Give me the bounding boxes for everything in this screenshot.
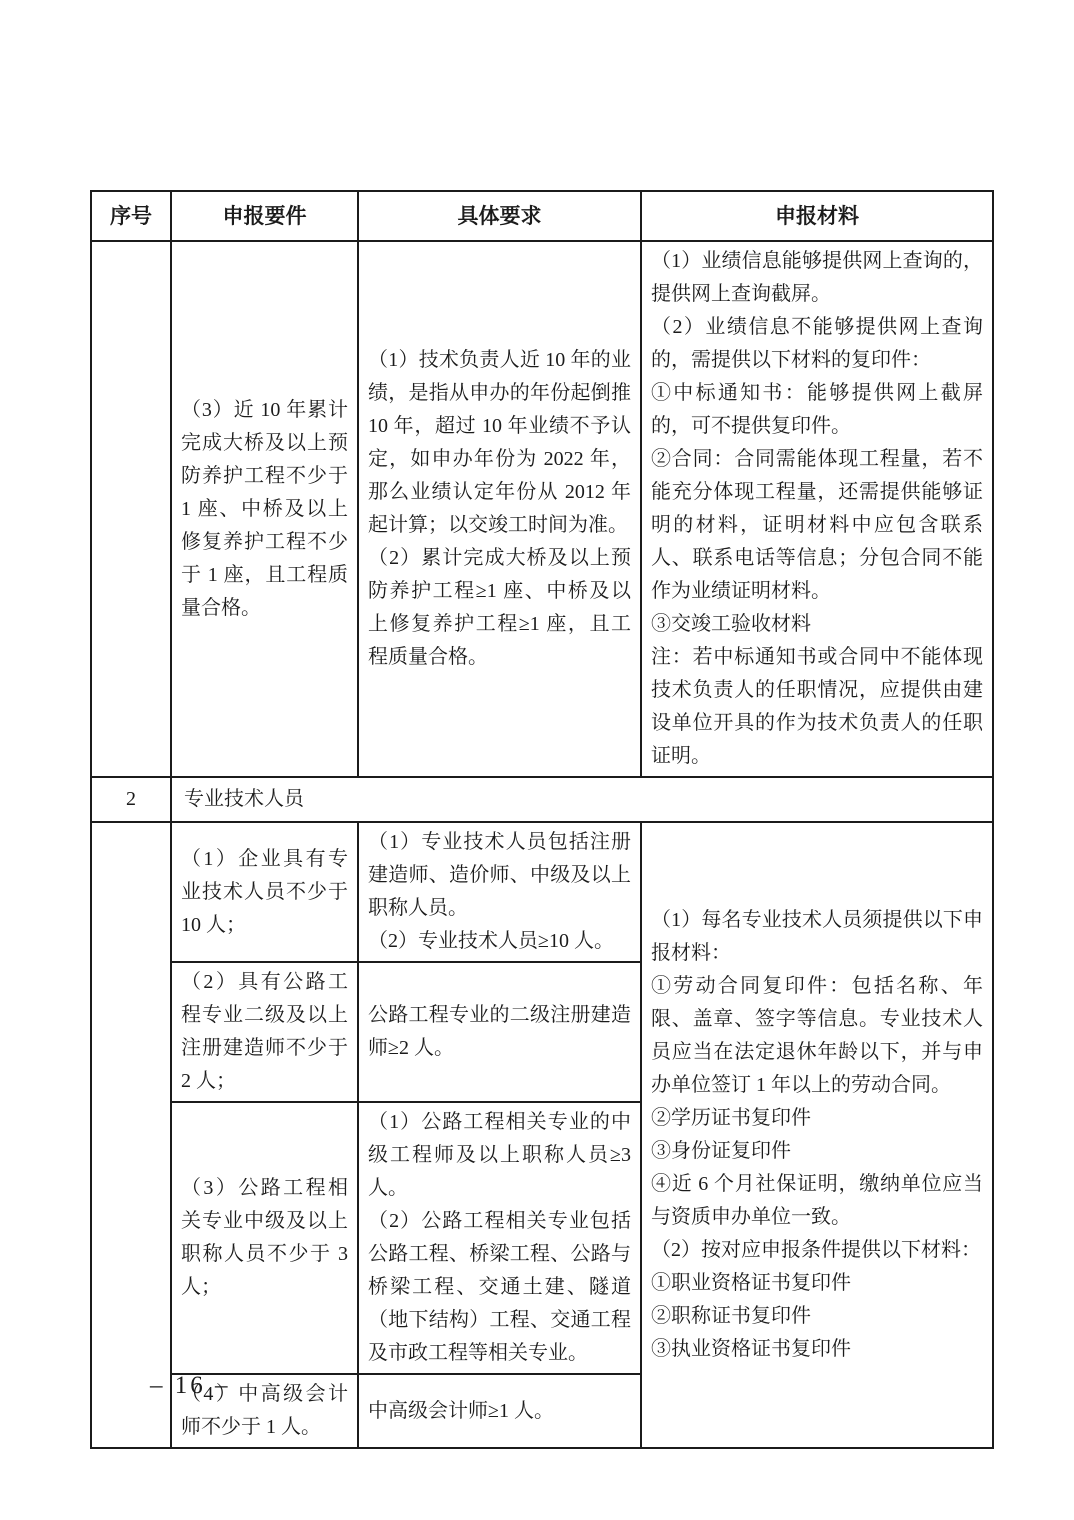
cell-specific: （1）公路工程相关专业的中级工程师及以上职称人员≥3 人。（2）公路工程相关专业… xyxy=(358,1102,641,1374)
cell-requirement: （3）公路工程相关专业中级及以上职称人员不少于 3 人； xyxy=(171,1102,358,1374)
table-header-row: 序号 申报要件 具体要求 申报材料 xyxy=(91,191,993,241)
cell-section-seq: 2 xyxy=(91,777,171,822)
cell-specific: （1）技术负责人近 10 年的业绩，是指从申办的年份起倒推 10 年，超过 10… xyxy=(358,241,641,777)
paragraph: ②合同：合同需能体现工程量，若不能充分体现工程量，还需提供能够证明的材料，证明材… xyxy=(651,443,983,608)
paragraph: （1）业绩信息能够提供网上查询的，提供网上查询截屏。 xyxy=(651,245,983,311)
paragraph: （2）具有公路工程专业二级及以上注册建造师不少于 2 人； xyxy=(181,966,348,1098)
cell-seq-empty xyxy=(91,241,171,777)
paragraph: ②学历证书复印件 xyxy=(651,1102,983,1135)
paragraph: 公路工程专业的二级注册建造师≥2 人。 xyxy=(368,999,631,1065)
paragraph: （2）公路工程相关专业包括公路工程、桥梁工程、公路与桥梁工程、交通土建、隧道（地… xyxy=(368,1205,631,1370)
paragraph: （3）公路工程相关专业中级及以上职称人员不少于 3 人； xyxy=(181,1172,348,1304)
paragraph: ④近 6 个月社保证明，缴纳单位应当与资质申办单位一致。 xyxy=(651,1168,983,1234)
cell-requirement: （1）企业具有专业技术人员不少于 10 人； xyxy=(171,822,358,962)
page-number: – 16 – xyxy=(150,1372,231,1400)
paragraph: ③执业资格证书复印件 xyxy=(651,1333,983,1366)
paragraph: （2）专业技术人员≥10 人。 xyxy=(368,925,631,958)
cell-section-title: 专业技术人员 xyxy=(171,777,993,822)
paragraph: （2）按对应申报条件提供以下材料： xyxy=(651,1234,983,1267)
cell-specific: （1）专业技术人员包括注册建造师、造价师、中级及以上职称人员。（2）专业技术人员… xyxy=(358,822,641,962)
table-row-sub1: （1）企业具有专业技术人员不少于 10 人； （1）专业技术人员包括注册建造师、… xyxy=(91,822,993,962)
table-row-upper: （3）近 10 年累计完成大桥及以上预防养护工程不少于 1 座、中桥及以上修复养… xyxy=(91,241,993,777)
cell-requirement: （2）具有公路工程专业二级及以上注册建造师不少于 2 人； xyxy=(171,962,358,1102)
paragraph: （2）累计完成大桥及以上预防养护工程≥1 座、中桥及以上修复养护工程≥1 座，且… xyxy=(368,542,631,674)
table-row-section: 2 专业技术人员 xyxy=(91,777,993,822)
paragraph: （1）技术负责人近 10 年的业绩，是指从申办的年份起倒推 10 年，超过 10… xyxy=(368,344,631,542)
cell-seq-empty xyxy=(91,822,171,1448)
document-page: 序号 申报要件 具体要求 申报材料 （3）近 10 年累计完成大桥及以上预防养护… xyxy=(0,0,1074,1520)
cell-specific: 中高级会计师≥1 人。 xyxy=(358,1374,641,1448)
paragraph: （1）公路工程相关专业的中级工程师及以上职称人员≥3 人。 xyxy=(368,1106,631,1205)
paragraph: ②职称证书复印件 xyxy=(651,1300,983,1333)
paragraph: ①职业资格证书复印件 xyxy=(651,1267,983,1300)
requirements-table: 序号 申报要件 具体要求 申报材料 （3）近 10 年累计完成大桥及以上预防养护… xyxy=(90,190,994,1449)
paragraph: 注：若中标通知书或合同中不能体现技术负责人的任职情况，应提供由建设单位开具的作为… xyxy=(651,641,983,773)
paragraph: ①劳动合同复印件：包括名称、年限、盖章、签字等信息。专业技术人员应当在法定退休年… xyxy=(651,970,983,1102)
paragraph: （2）业绩信息不能够提供网上查询的，需提供以下材料的复印件： xyxy=(651,311,983,377)
cell-materials: （1）业绩信息能够提供网上查询的，提供网上查询截屏。（2）业绩信息不能够提供网上… xyxy=(641,241,993,777)
header-specific: 具体要求 xyxy=(358,191,641,241)
header-materials: 申报材料 xyxy=(641,191,993,241)
header-seq: 序号 xyxy=(91,191,171,241)
cell-specific: 公路工程专业的二级注册建造师≥2 人。 xyxy=(358,962,641,1102)
paragraph: ③交竣工验收材料 xyxy=(651,608,983,641)
paragraph: ③身份证复印件 xyxy=(651,1135,983,1168)
paragraph: （1）专业技术人员包括注册建造师、造价师、中级及以上职称人员。 xyxy=(368,826,631,925)
paragraph: （1）企业具有专业技术人员不少于 10 人； xyxy=(181,843,348,942)
cell-materials-merged: （1）每名专业技术人员须提供以下申报材料：①劳动合同复印件：包括名称、年限、盖章… xyxy=(641,822,993,1448)
paragraph: （3）近 10 年累计完成大桥及以上预防养护工程不少于 1 座、中桥及以上修复养… xyxy=(181,394,348,625)
paragraph: （1）每名专业技术人员须提供以下申报材料： xyxy=(651,904,983,970)
paragraph: ①中标通知书：能够提供网上截屏的，可不提供复印件。 xyxy=(651,377,983,443)
header-requirement: 申报要件 xyxy=(171,191,358,241)
cell-requirement: （3）近 10 年累计完成大桥及以上预防养护工程不少于 1 座、中桥及以上修复养… xyxy=(171,241,358,777)
paragraph: 中高级会计师≥1 人。 xyxy=(368,1395,631,1428)
